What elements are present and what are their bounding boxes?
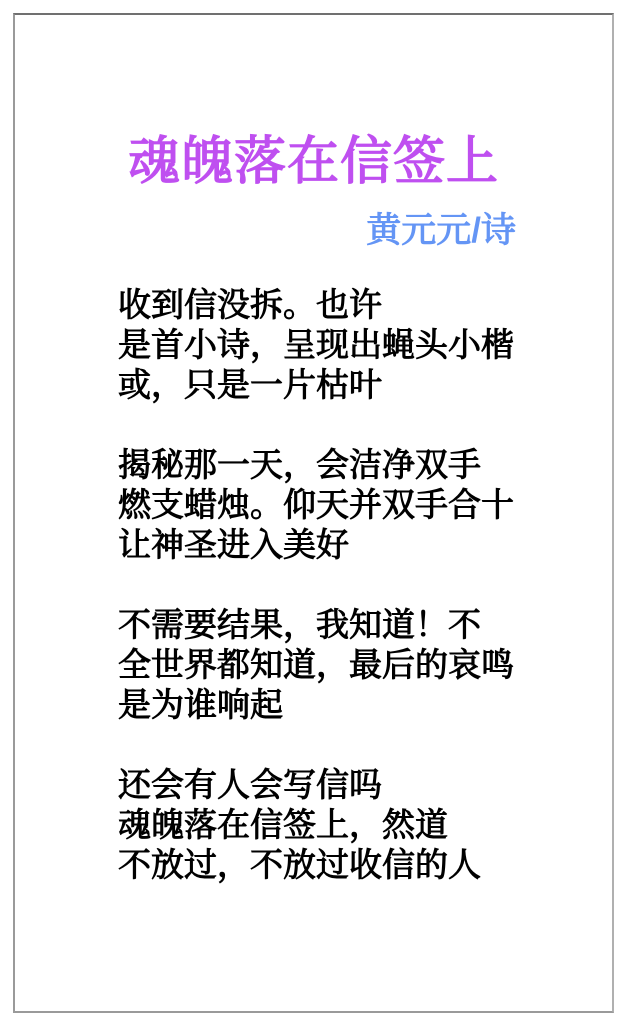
poem-line: 收到信没拆。也许 xyxy=(118,285,612,325)
poem-line: 让神圣进入美好 xyxy=(118,525,612,565)
poem-line: 全世界都知道，最后的哀鸣 xyxy=(118,645,612,685)
poem-line: 不放过，不放过收信的人 xyxy=(118,845,612,885)
poem-byline: 黄元元/诗 xyxy=(15,209,612,253)
poem-stanza: 收到信没拆。也许是首小诗，呈现出蝇头小楷或，只是一片枯叶 xyxy=(118,285,612,405)
poem-line: 是首小诗，呈现出蝇头小楷 xyxy=(118,325,612,365)
poem-card-frame: 魂魄落在信签上 黄元元/诗 收到信没拆。也许是首小诗，呈现出蝇头小楷或，只是一片… xyxy=(13,13,614,1013)
poem-line: 是为谁响起 xyxy=(118,685,612,725)
poem-line: 魂魄落在信签上，然道 xyxy=(118,805,612,845)
poem-line: 不需要结果，我知道！不 xyxy=(118,605,612,645)
poem-title: 魂魄落在信签上 xyxy=(15,131,612,193)
poem-line: 还会有人会写信吗 xyxy=(118,765,612,805)
poem-line: 燃支蜡烛。仰天并双手合十 xyxy=(118,485,612,525)
poem-stanza: 揭秘那一天，会洁净双手燃支蜡烛。仰天并双手合十让神圣进入美好 xyxy=(118,445,612,565)
poem-body: 收到信没拆。也许是首小诗，呈现出蝇头小楷或，只是一片枯叶揭秘那一天，会洁净双手燃… xyxy=(15,285,612,885)
poem-stanza: 不需要结果，我知道！不全世界都知道，最后的哀鸣是为谁响起 xyxy=(118,605,612,725)
poem-line: 揭秘那一天，会洁净双手 xyxy=(118,445,612,485)
poem-line: 或，只是一片枯叶 xyxy=(118,365,612,405)
poem-stanza: 还会有人会写信吗魂魄落在信签上，然道不放过，不放过收信的人 xyxy=(118,765,612,885)
